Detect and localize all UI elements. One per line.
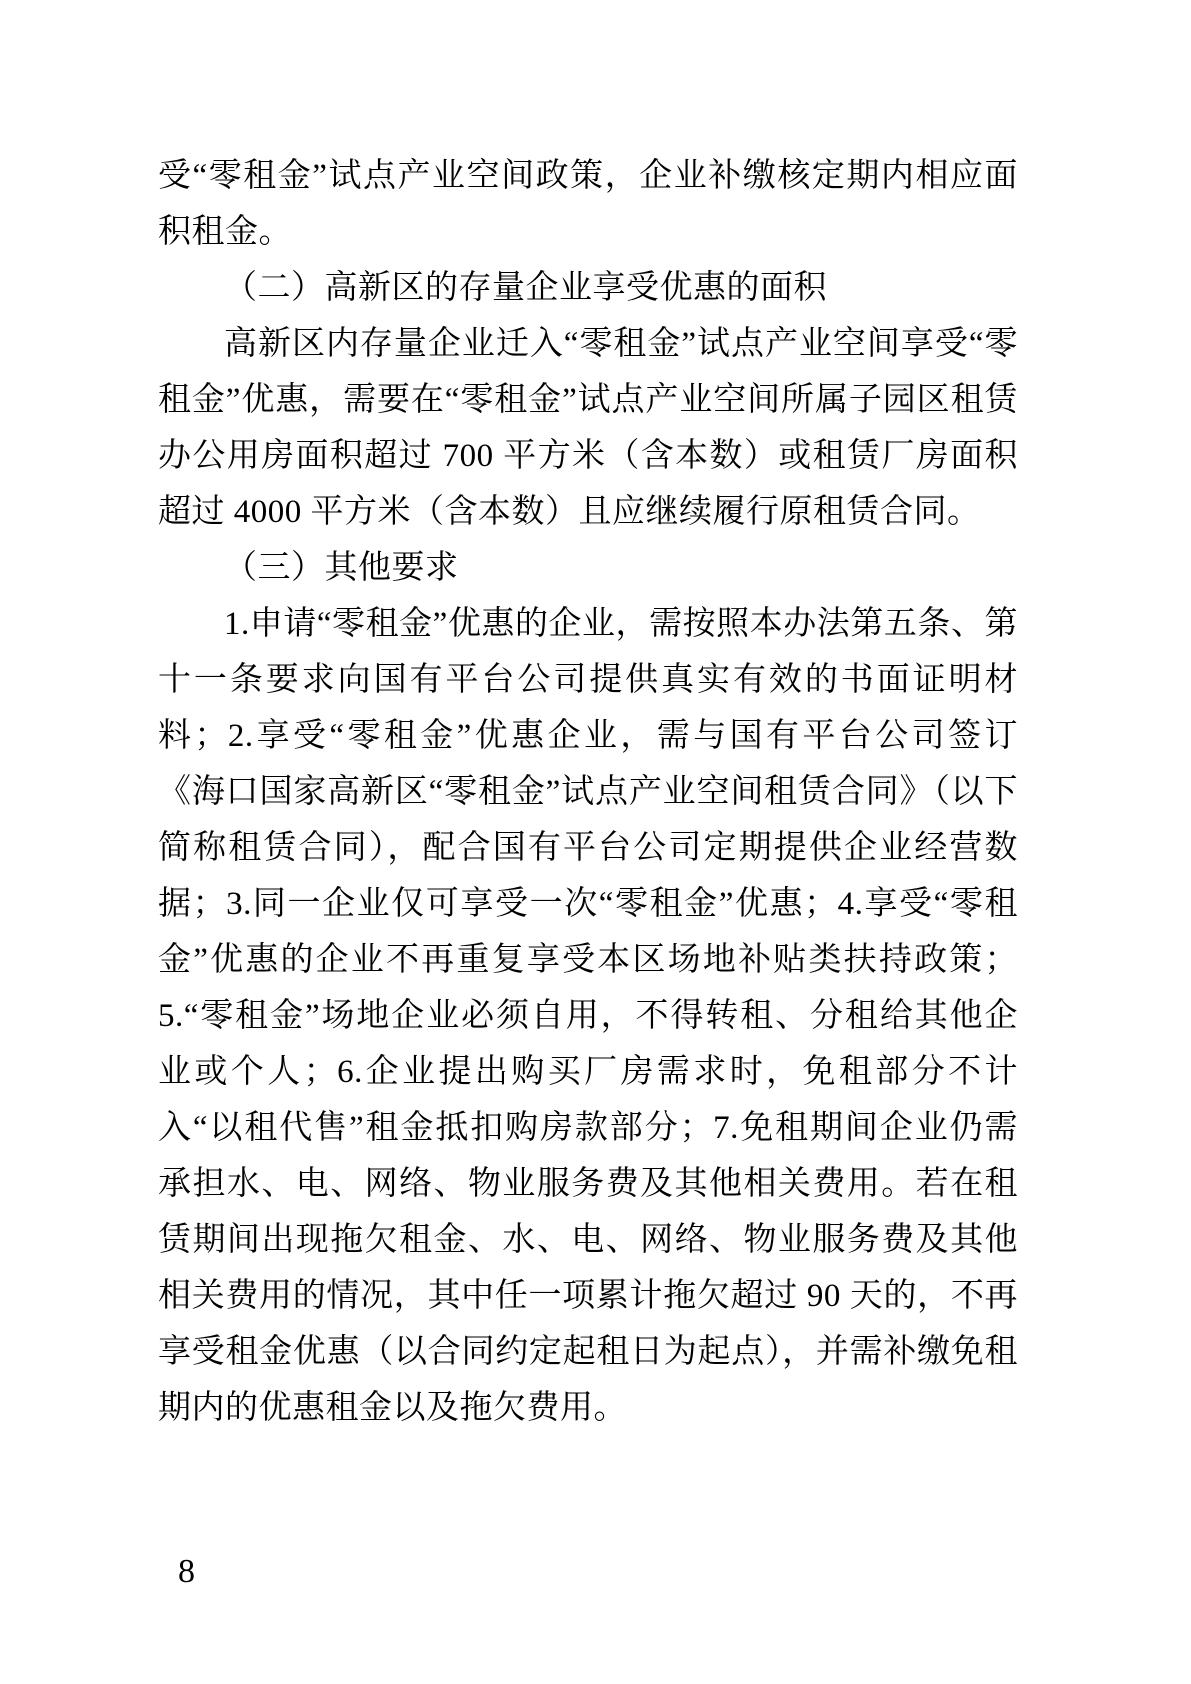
paragraph-section-2-body: 高新区内存量企业迁入“零租金”试点产业空间享受“零租金”优惠，需要在“零租金”试…: [158, 316, 1018, 540]
section-heading-3: （三）其他要求: [158, 540, 1018, 596]
page-number: 8: [178, 1548, 195, 1596]
paragraph-section-3-body: 1.申请“零租金”优惠的企业，需按照本办法第五条、第十一条要求向国有平台公司提供…: [158, 596, 1018, 1436]
paragraph-continuation: 受“零租金”试点产业空间政策，企业补缴核定期内相应面积租金。: [158, 148, 1018, 260]
section-heading-2: （二）高新区的存量企业享受优惠的面积: [158, 260, 1018, 316]
document-page: 受“零租金”试点产业空间政策，企业补缴核定期内相应面积租金。 （二）高新区的存量…: [0, 0, 1191, 1684]
document-body: 受“零租金”试点产业空间政策，企业补缴核定期内相应面积租金。 （二）高新区的存量…: [158, 148, 1018, 1436]
